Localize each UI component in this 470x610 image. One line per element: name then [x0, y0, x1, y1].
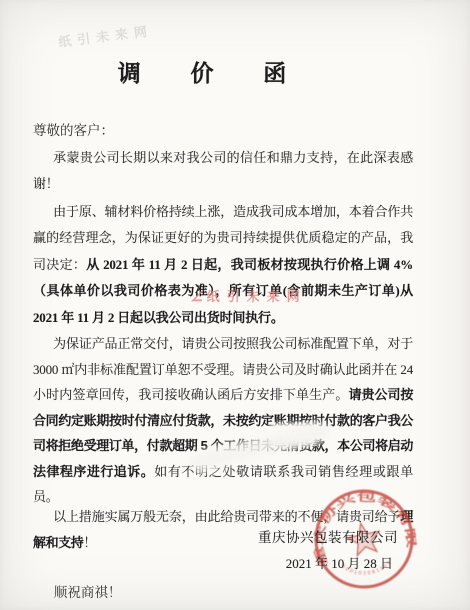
watermark-text: 纸引未来网: [207, 289, 307, 304]
watermark-center: ∠纸引未来网: [192, 286, 307, 305]
letter-title: 调 价 函: [23, 57, 403, 91]
salutation: 尊敬的客户：: [33, 118, 413, 145]
paragraph-order-terms: 为保证产品正常交付，请贵公司按照我公司标准配置下单，对于 3000 ㎡内非标准配…: [33, 331, 413, 510]
price-adjustment-letter-photo: 纸引未来网 调 价 函 尊敬的客户： 承蒙贵公司长期以来对我公司的信任和鼎力支持…: [0, 0, 470, 610]
paragraph-text: ！: [83, 535, 96, 550]
paragraph-text: 承蒙贵公司长期以来对我公司的信任和鼎力支持，在此深表感谢！: [33, 150, 413, 192]
paragraph-thanks: 承蒙贵公司长期以来对我公司的信任和鼎力支持，在此深表感谢！: [33, 145, 413, 198]
signature-company-name: 重庆协兴包装有限公司: [258, 526, 398, 546]
paragraph-price-increase: 由于原、辅材料价格持续上涨，造成我司成本增加，本着合作共赢的经营理念，为保证更好…: [33, 199, 413, 332]
watermark-logo-icon: ∠: [189, 288, 207, 305]
signature-date: 2021 年 10 月 28 日: [286, 553, 393, 572]
